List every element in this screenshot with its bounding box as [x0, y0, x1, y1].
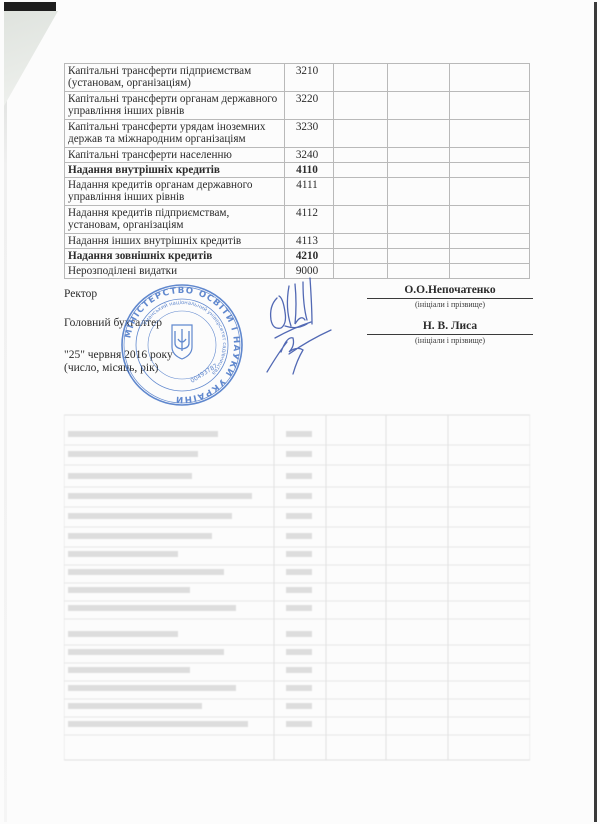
row-label: Капітальні трансферти урядам іноземних д… [65, 120, 285, 148]
special-fund-cell [388, 163, 450, 178]
general-fund-cell [334, 92, 388, 120]
row-label: Капітальні трансферти органам державного… [65, 92, 285, 120]
total-cell [450, 64, 530, 92]
row-code: 4113 [285, 234, 334, 249]
total-cell [450, 249, 530, 264]
row-label: Капітальні трансферти населенню [65, 148, 285, 163]
chief-accountant-name-caption: (ініціали і прізвище) [368, 336, 532, 345]
folded-corner [4, 11, 58, 106]
special-fund-cell [388, 178, 450, 206]
special-fund-cell [388, 206, 450, 234]
total-cell [450, 234, 530, 249]
document-page: Капітальні трансферти підприємствам (уст… [0, 0, 600, 824]
table-row: Надання зовнішніх кредитів4210 [65, 249, 530, 264]
table-row: Надання внутрішніх кредитів4110 [65, 163, 530, 178]
budget-expenditure-table: Капітальні трансферти підприємствам (уст… [64, 63, 530, 279]
chief-accountant-signature-line [367, 334, 533, 335]
special-fund-cell [388, 234, 450, 249]
table-row: Надання кредитів органам державного упра… [65, 178, 530, 206]
rector-role-label: Ректор [64, 288, 97, 300]
row-code: 3230 [285, 120, 334, 148]
general-fund-cell [334, 64, 388, 92]
total-cell [450, 92, 530, 120]
table-row: Капітальні трансферти населенню3240 [65, 148, 530, 163]
row-label: Надання зовнішніх кредитів [65, 249, 285, 264]
row-code: 3240 [285, 148, 334, 163]
row-label: Нерозподілені видатки [65, 264, 285, 279]
special-fund-cell [388, 120, 450, 148]
bleed-through-ghost-table [64, 405, 530, 765]
chief-accountant-name: Н. В. Лиса [368, 320, 532, 332]
table-row: Надання інших внутрішніх кредитів4113 [65, 234, 530, 249]
general-fund-cell [334, 234, 388, 249]
trident-icon [172, 325, 192, 359]
total-cell [450, 148, 530, 163]
row-code: 3220 [285, 92, 334, 120]
rector-name-caption: (ініціали і прізвище) [368, 300, 532, 309]
handwritten-signature [255, 276, 345, 376]
row-code: 4210 [285, 249, 334, 264]
total-cell [450, 178, 530, 206]
total-cell [450, 163, 530, 178]
scan-edge-left [4, 2, 7, 822]
table-row: Капітальні трансферти урядам іноземних д… [65, 120, 530, 148]
general-fund-cell [334, 206, 388, 234]
row-code: 3210 [285, 64, 334, 92]
row-label: Надання інших внутрішніх кредитів [65, 234, 285, 249]
row-code: 4111 [285, 178, 334, 206]
total-cell [450, 206, 530, 234]
general-fund-cell [334, 163, 388, 178]
table-row: Капітальні трансферти підприємствам (уст… [65, 64, 530, 92]
row-label: Надання кредитів підприємствам, установа… [65, 206, 285, 234]
scan-edge-top [4, 2, 56, 11]
row-code: 4110 [285, 163, 334, 178]
special-fund-cell [388, 264, 450, 279]
scan-edge-right [594, 2, 597, 822]
general-fund-cell [334, 148, 388, 163]
general-fund-cell [334, 178, 388, 206]
special-fund-cell [388, 64, 450, 92]
row-code: 4112 [285, 206, 334, 234]
special-fund-cell [388, 249, 450, 264]
row-label: Капітальні трансферти підприємствам (уст… [65, 64, 285, 92]
special-fund-cell [388, 148, 450, 163]
row-label: Надання внутрішніх кредитів [65, 163, 285, 178]
special-fund-cell [388, 92, 450, 120]
table-row: Надання кредитів підприємствам, установа… [65, 206, 530, 234]
rector-name: О.О.Непочатенко [368, 284, 532, 296]
rector-signature-line [367, 298, 533, 299]
general-fund-cell [334, 120, 388, 148]
row-label: Надання кредитів органам державного упра… [65, 178, 285, 206]
general-fund-cell [334, 249, 388, 264]
total-cell [450, 120, 530, 148]
official-stamp: МІНІСТЕРСТВО ОСВІТИ І НАУКИ УКРАЇНИ Уман… [120, 283, 244, 407]
total-cell [450, 264, 530, 279]
table-row: Капітальні трансферти органам державного… [65, 92, 530, 120]
